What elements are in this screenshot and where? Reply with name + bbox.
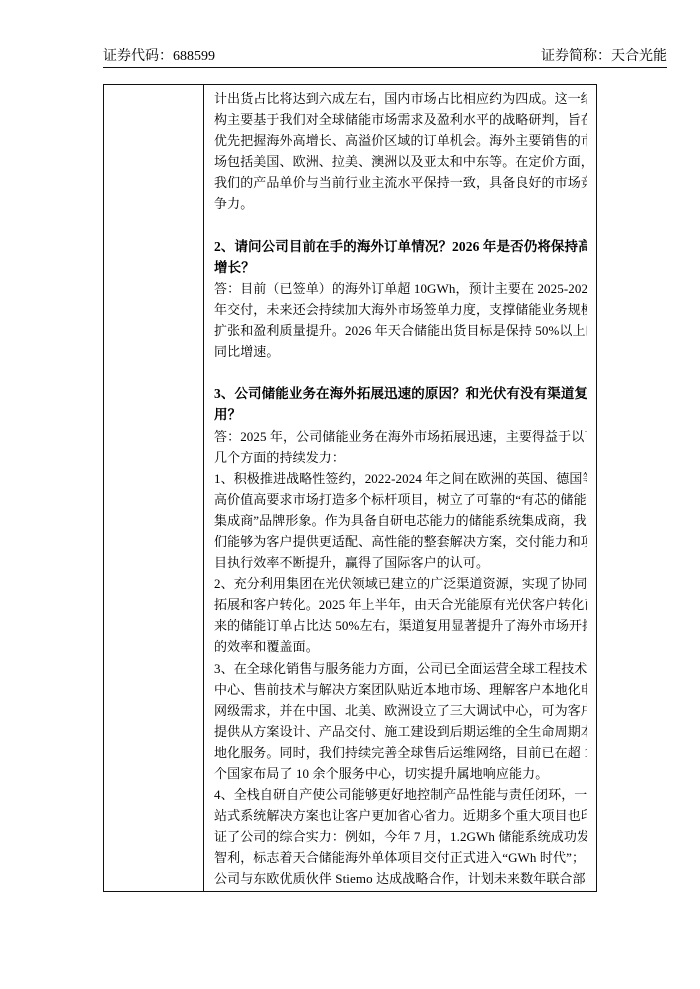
answer-text-line: 计出货占比将达到六成左右，国内市场占比相应约为四成。这一结 xyxy=(214,88,587,109)
qa-table: 计出货占比将达到六成左右，国内市场占比相应约为四成。这一结构主要基于我们对全球储… xyxy=(103,84,597,892)
answer-text-line: 公司与东欧优质伙伴 Stiemo 达成战略合作，计划未来数年联合部 xyxy=(214,868,587,889)
answer-text-line: 智利，标志着天合储能海外单体项目交付正式进入“GWh 时代”； xyxy=(214,847,587,868)
answer-text-line: 优先把握海外高增长、高溢价区域的订单机会。海外主要销售的市 xyxy=(214,130,587,151)
answer-text-line: 地化服务。同时，我们持续完善全球售后运维网络，目前已在超 10 xyxy=(214,742,587,763)
question-text-line: 2、请问公司目前在手的海外订单情况？2026 年是否仍将保持高速 xyxy=(214,236,587,257)
answer-text-line: 3、在全球化销售与服务能力方面，公司已全面运营全球工程技术 xyxy=(214,658,587,679)
table-left-cell xyxy=(104,85,204,891)
answer-text-line: 来的储能订单占比达 50%左右，渠道复用显著提升了海外市场开拓 xyxy=(214,615,587,636)
answer-text-line: 1、积极推进战略性签约，2022-2024 年之间在欧洲的英国、德国等 xyxy=(214,468,587,489)
document-page: 证券代码：688599 证券简称：天合光能 计出货占比将达到六成左右，国内市场占… xyxy=(0,0,700,989)
answer-text-line: 集成商”品牌形象。作为具备自研电芯能力的储能系统集成商，我 xyxy=(214,510,587,531)
answer-text-line: 高价值高要求市场打造多个标杆项目，树立了可靠的“有芯的储能 xyxy=(214,489,587,510)
answer-text-line: 提供从方案设计、产品交付、施工建设到后期运维的全生命周期本 xyxy=(214,721,587,742)
answer-text-line: 扩张和盈利质量提升。2026 年天合储能出货目标是保持 50%以上的 xyxy=(214,320,587,341)
answer-text-line: 年交付，未来还会持续加大海外市场签单力度，支撑储能业务规模 xyxy=(214,299,587,320)
answer-text-line: 答：目前（已签单）的海外订单超 10GWh，预计主要在 2025-2026 xyxy=(214,278,587,299)
table-content-cell: 计出货占比将达到六成左右，国内市场占比相应约为四成。这一结构主要基于我们对全球储… xyxy=(204,85,596,891)
answer-text-line: 我们的产品单价与当前行业主流水平保持一致，具备良好的市场竞 xyxy=(214,172,587,193)
answer-text-line: 站式系统解决方案也让客户更加省心省力。近期多个重大项目也印 xyxy=(214,805,587,826)
document-header: 证券代码：688599 证券简称：天合光能 xyxy=(103,49,667,65)
question-text-line: 增长？ xyxy=(214,257,587,278)
stock-name-label: 证券简称：天合光能 xyxy=(541,49,667,65)
answer-text-line: 构主要基于我们对全球储能市场需求及盈利水平的战略研判，旨在 xyxy=(214,109,587,130)
answer-text-line: 们能够为客户提供更适配、高性能的整套解决方案，交付能力和项 xyxy=(214,531,587,552)
answer-text-line: 个国家布局了 10 余个服务中心，切实提升属地响应能力。 xyxy=(214,763,587,784)
answer-text-line: 证了公司的综合实力：例如，今年 7 月，1.2GWh 储能系统成功发运 xyxy=(214,826,587,847)
answer-text-line: 中心、售前技术与解决方案团队贴近本地市场、理解客户本地化电 xyxy=(214,679,587,700)
answer-text-line: 的效率和覆盖面。 xyxy=(214,636,587,657)
header-rule xyxy=(103,67,667,68)
answer-text-line: 场包括美国、欧洲、拉美、澳洲以及亚太和中东等。在定价方面， xyxy=(214,151,587,172)
answer-text-line xyxy=(214,215,587,236)
question-text-line: 用？ xyxy=(214,404,587,425)
answer-text-line: 几个方面的持续发力： xyxy=(214,447,587,468)
answer-text-line: 拓展和客户转化。2025 年上半年，由天合光能原有光伏客户转化而 xyxy=(214,594,587,615)
stock-code-label: 证券代码：688599 xyxy=(103,49,215,65)
answer-text-line: 2、充分利用集团在光伏领域已建立的广泛渠道资源，实现了协同 xyxy=(214,573,587,594)
answer-text-line: 4、全栈自研自产使公司能够更好地控制产品性能与责任闭环，一 xyxy=(214,784,587,805)
answer-text-line: 网级需求，并在中国、北美、欧洲设立了三大调试中心，可为客户 xyxy=(214,700,587,721)
answer-text-line: 争力。 xyxy=(214,193,587,214)
answer-text-line xyxy=(214,362,587,383)
answer-text-line: 答：2025 年，公司储能业务在海外市场拓展迅速，主要得益于以下 xyxy=(214,426,587,447)
answer-text-line: 同比增速。 xyxy=(214,341,587,362)
question-text-line: 3、公司储能业务在海外拓展迅速的原因？和光伏有没有渠道复 xyxy=(214,383,587,404)
answer-text-line: 目执行效率不断提升，赢得了国际客户的认可。 xyxy=(214,552,587,573)
